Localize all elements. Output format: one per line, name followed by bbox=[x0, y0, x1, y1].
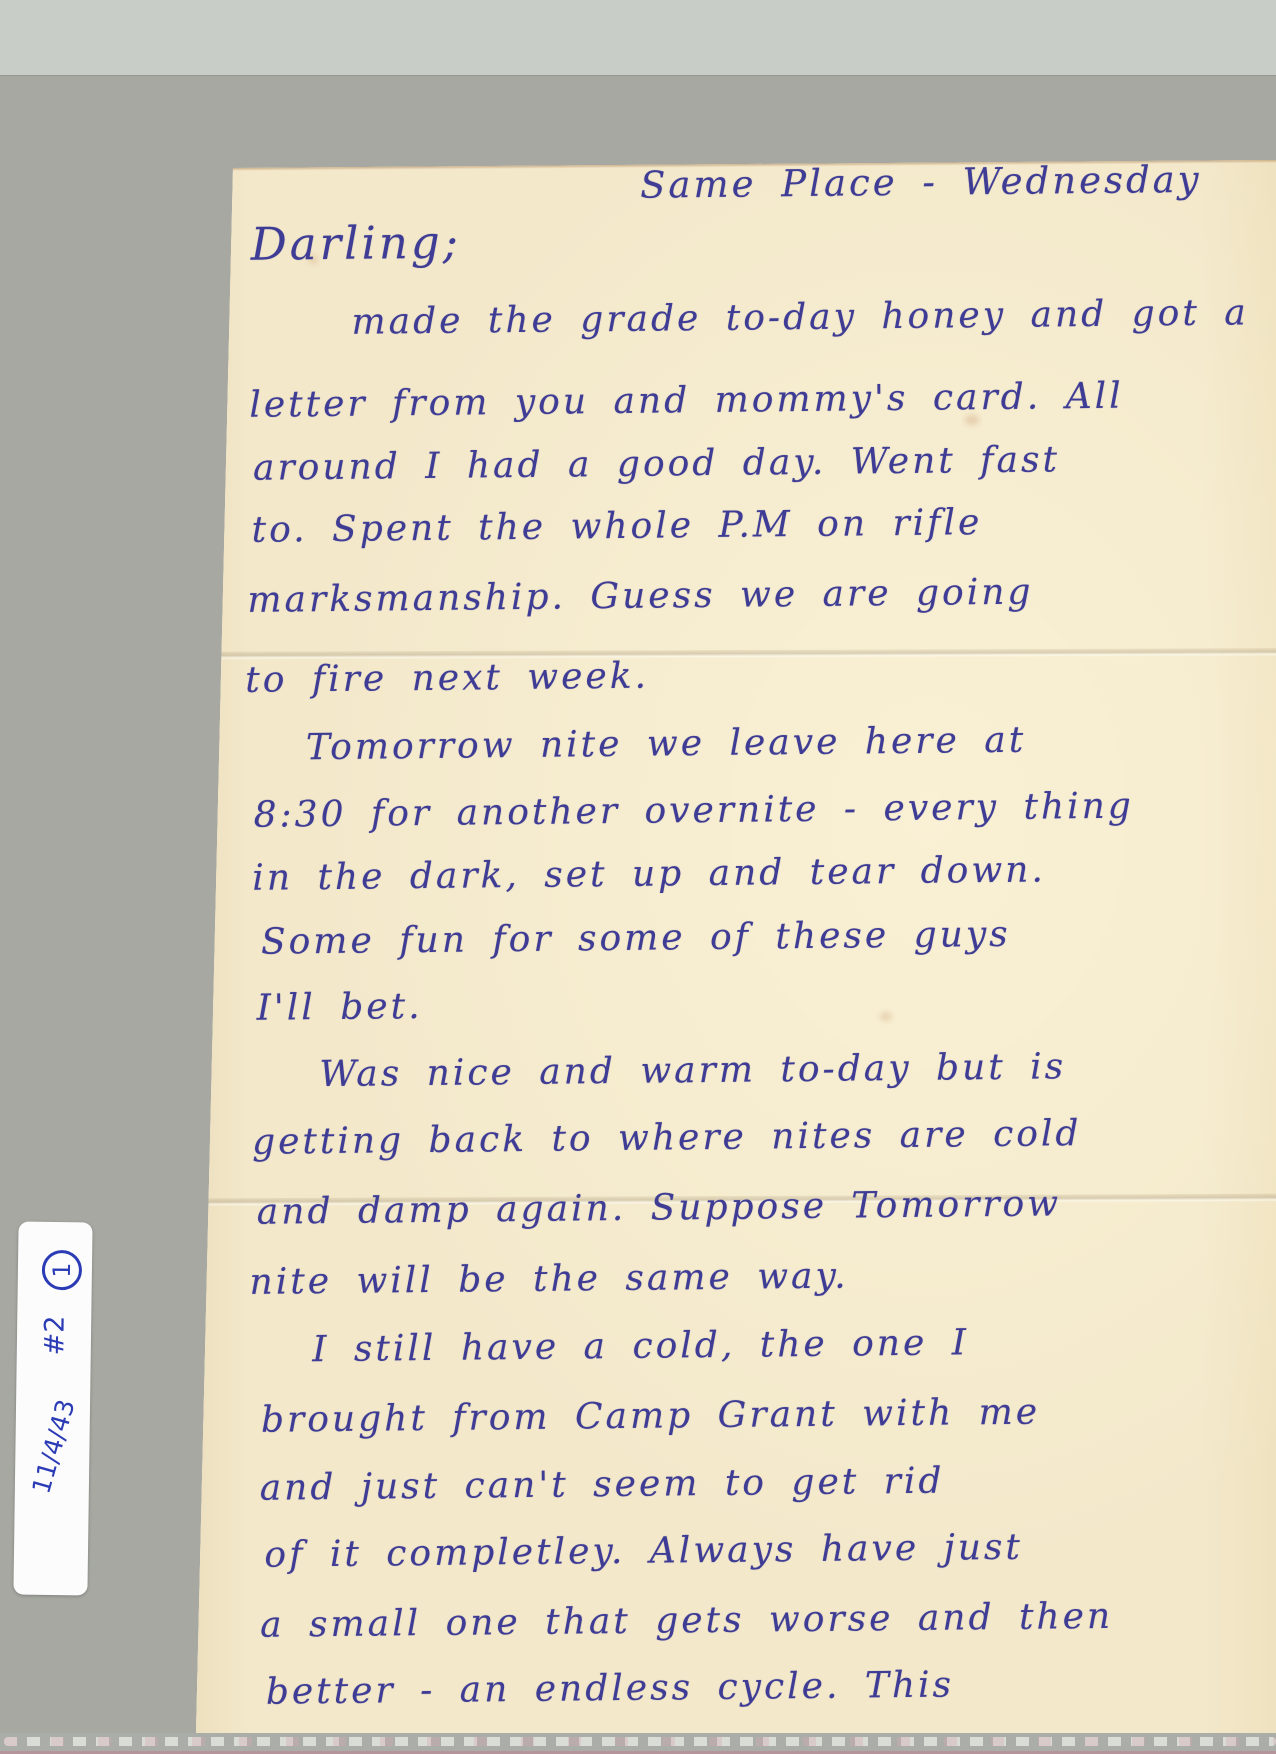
scanned-letter-page: Same Place - Wednesday Darling; made the… bbox=[0, 0, 1276, 1754]
handwriting-line: to fire next week. bbox=[245, 656, 649, 701]
handwriting-line: nite will be the same way. bbox=[249, 1256, 848, 1303]
handwriting-line: 8:30 for another overnite - every thing bbox=[253, 786, 1134, 836]
label-date: 11/4/43 bbox=[25, 1393, 81, 1501]
handwriting-line: marksmanship. Guess we are going bbox=[247, 572, 1033, 621]
handwriting-line: better - an endless cycle. This bbox=[266, 1665, 955, 1713]
handwriting-line: around I had a good day. Went fast bbox=[253, 439, 1060, 488]
handwriting-line: letter from you and mommy's card. All bbox=[249, 376, 1124, 426]
letter-salutation: Darling; bbox=[250, 216, 461, 271]
handwriting-line: I still have a cold, the one I bbox=[312, 1322, 969, 1370]
sleeve-perforated-edge bbox=[0, 1733, 1276, 1754]
perforation-dashes bbox=[4, 1737, 1276, 1746]
label-circled-number: 1 bbox=[42, 1250, 83, 1291]
handwriting-line: made the grade to-day honey and got a bbox=[351, 292, 1249, 342]
handwriting-line: in the dark, set up and tear down. bbox=[252, 849, 1046, 898]
label-item-number: #2 bbox=[39, 1313, 71, 1357]
handwriting-layer: Same Place - Wednesday Darling; made the… bbox=[190, 149, 1276, 1733]
scanner-background-band bbox=[0, 0, 1276, 76]
handwriting-line: to. Spent the whole P.M on rifle bbox=[251, 502, 982, 551]
handwriting-line: getting back to where nites are cold bbox=[252, 1113, 1082, 1163]
handwriting-line: brought from Camp Grant with me bbox=[261, 1392, 1040, 1441]
handwriting-line: and damp again. Suppose Tomorrow bbox=[257, 1183, 1062, 1232]
letter-dateline: Same Place - Wednesday bbox=[640, 158, 1202, 207]
handwriting-line: Some fun for some of these guys bbox=[261, 914, 1011, 963]
archive-label: 1 #2 11/4/43 bbox=[13, 1222, 92, 1596]
handwriting-line: of it completley. Always have just bbox=[264, 1527, 1023, 1576]
handwriting-line: I'll bet. bbox=[256, 986, 422, 1029]
handwriting-line: Was nice and warm to-day but is bbox=[319, 1046, 1066, 1095]
letter-paper: Same Place - Wednesday Darling; made the… bbox=[190, 160, 1276, 1733]
handwriting-line: Tomorrow nite we leave here at bbox=[306, 720, 1027, 769]
handwriting-line: a small one that gets worse and then bbox=[260, 1596, 1113, 1646]
handwriting-line: and just can't seem to get rid bbox=[259, 1461, 944, 1509]
